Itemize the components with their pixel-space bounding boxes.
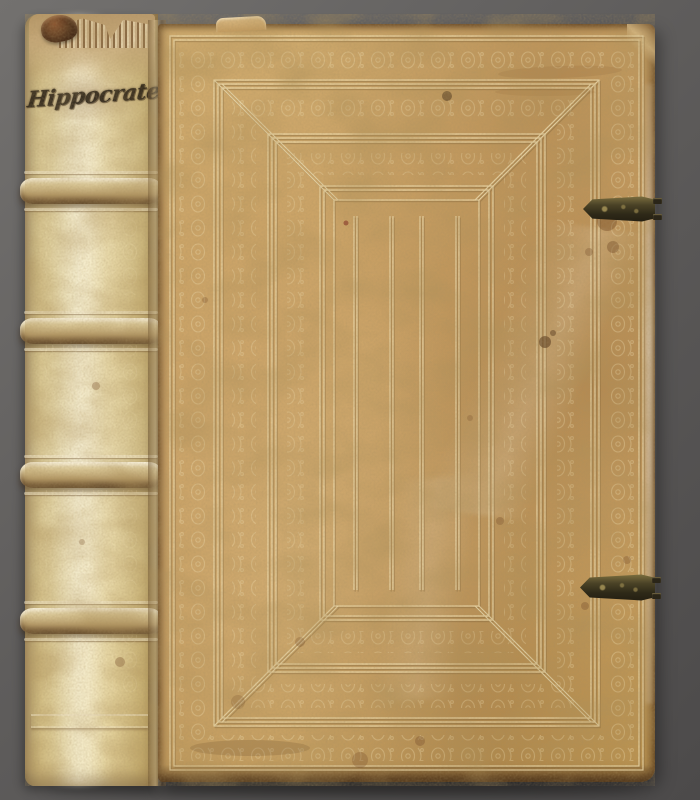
grain-texture: [25, 14, 655, 786]
clasp-catch-lower: [652, 576, 664, 600]
brass-clasp-lower: [580, 574, 655, 601]
brass-clasp-upper: [583, 196, 655, 222]
photo-background: Hippocrates: [0, 0, 700, 800]
blind-tooling-and-texture: [0, 0, 700, 800]
clasp-catch-upper: [653, 197, 665, 221]
